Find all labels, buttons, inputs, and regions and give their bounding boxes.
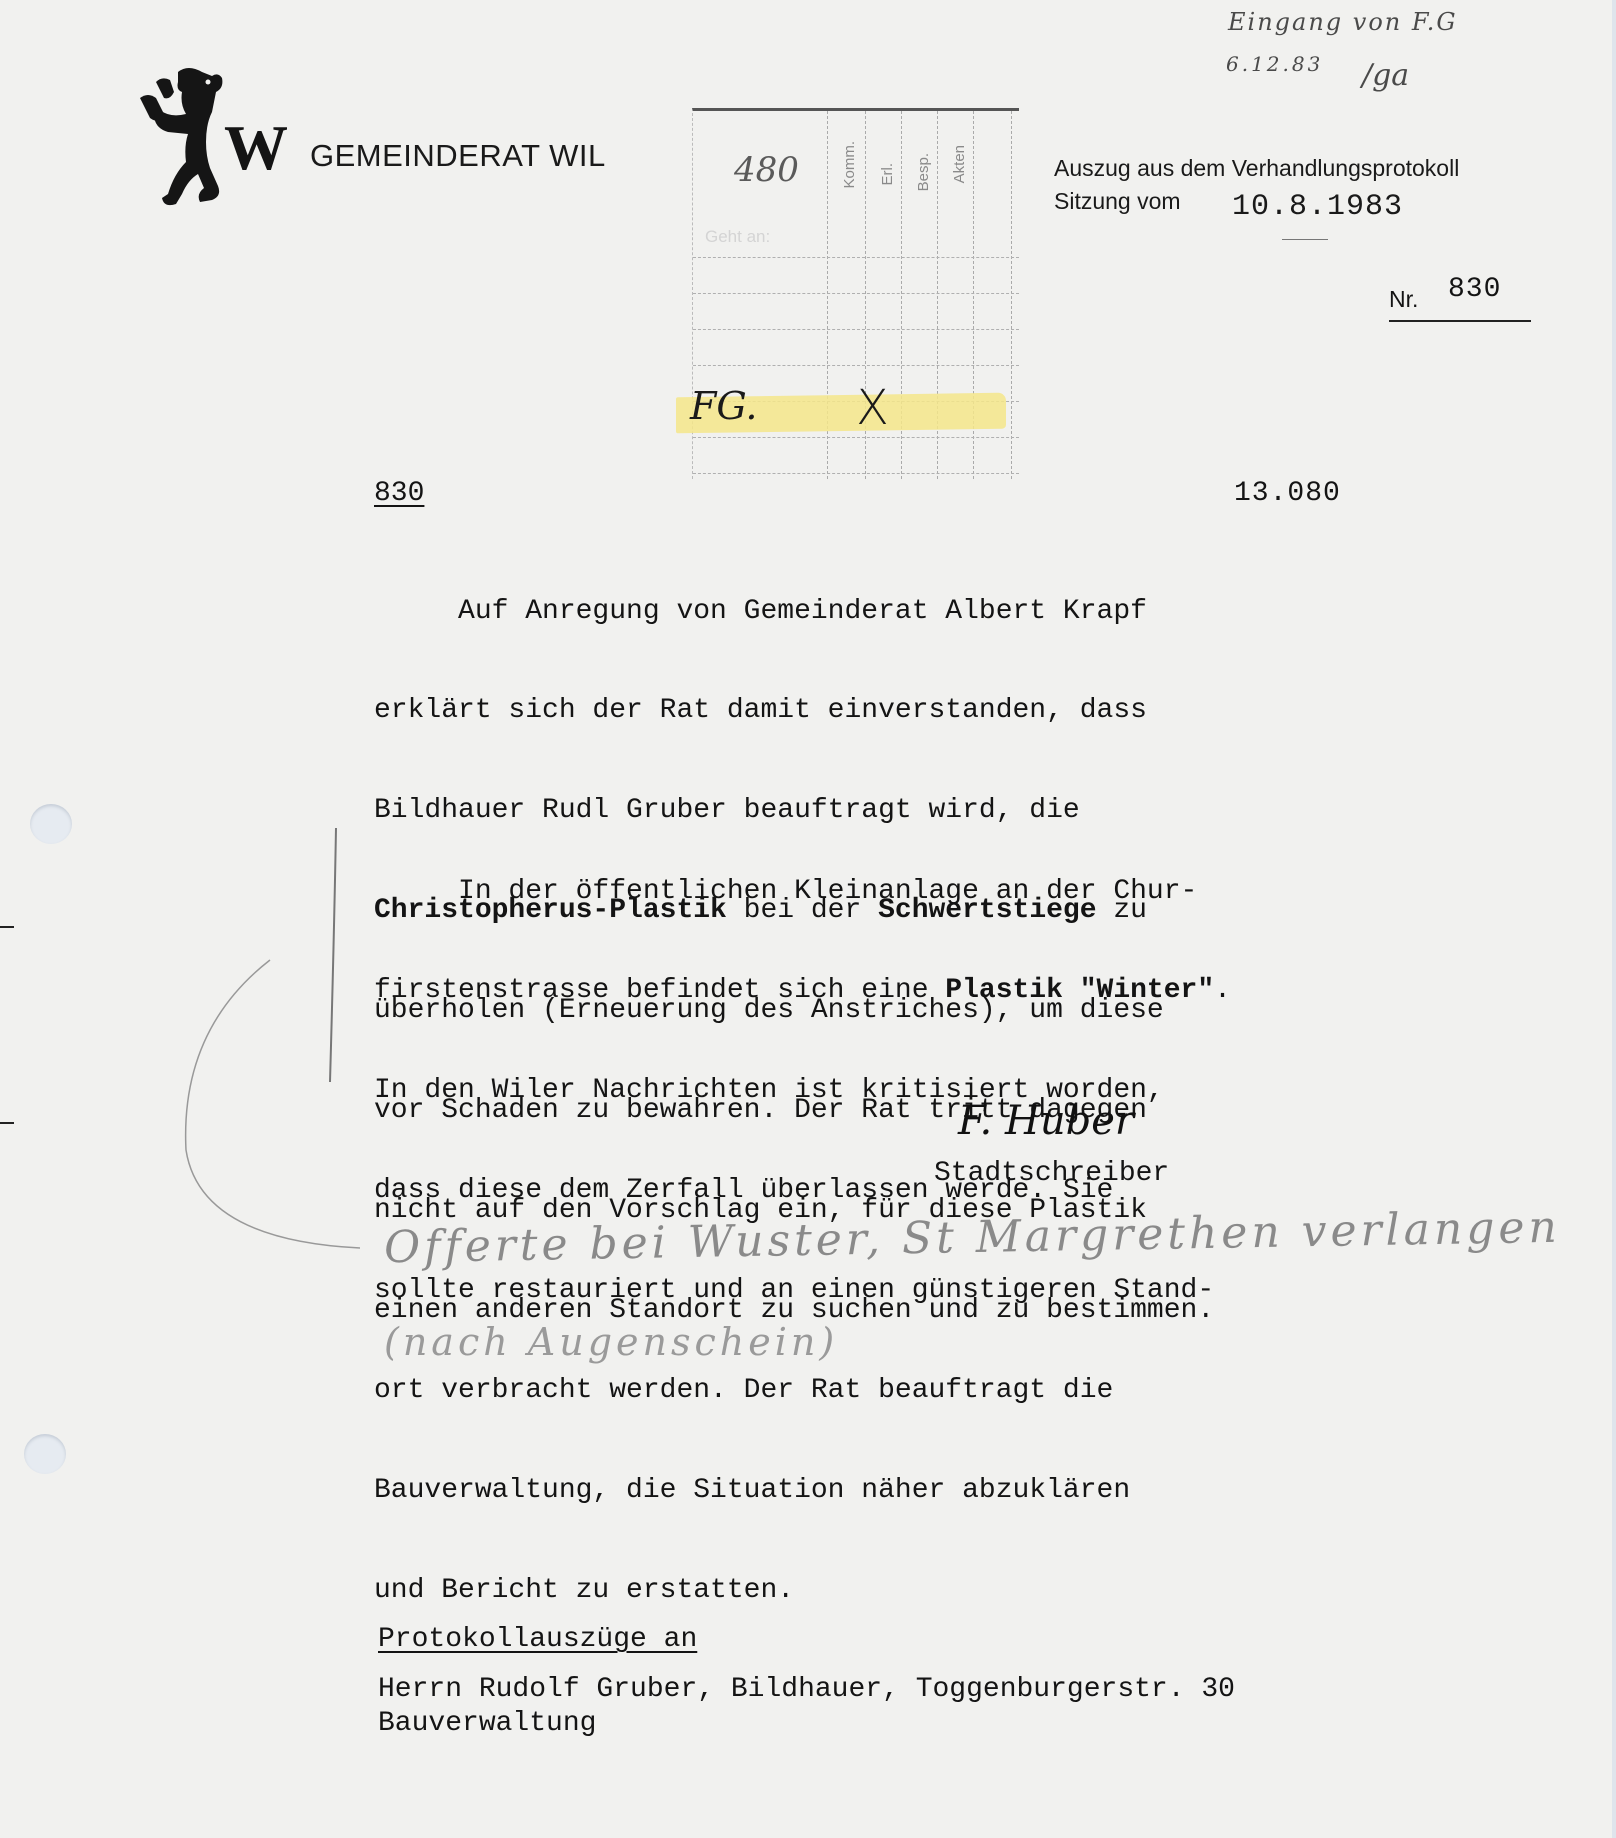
- receipt-initials: /ga: [1362, 58, 1409, 93]
- text-line: erklärt sich der Rat damit einverstanden…: [374, 694, 1414, 727]
- text-line: und Bericht zu erstatten.: [374, 1574, 1414, 1607]
- number-label: Nr.: [1389, 286, 1418, 313]
- distribution-recipient: Herrn Rudolf Gruber, Bildhauer, Toggenbu…: [378, 1674, 1235, 1705]
- stamp-number: 480: [734, 150, 799, 190]
- punch-hole: [30, 804, 72, 844]
- fold-mark: [0, 1122, 14, 1124]
- organization-name: GEMEINDERAT WIL: [310, 138, 606, 174]
- text-line: In den Wiler Nachrichten ist kritisiert …: [374, 1074, 1414, 1107]
- fold-mark: [0, 926, 14, 928]
- highlight-x-mark: X: [856, 380, 889, 436]
- pencil-bracket-mark: [170, 820, 370, 1260]
- pencil-annotation: (nach Augenschein): [384, 1320, 838, 1364]
- text-line: sollte restauriert und an einen günstige…: [374, 1274, 1414, 1307]
- divider: [1282, 239, 1328, 240]
- signature: F. Huber: [958, 1098, 1134, 1144]
- stamp-faded-label: Geht an:: [705, 227, 770, 247]
- file-number: 13.080: [1234, 478, 1341, 509]
- stamp-column-akten: Akten: [951, 145, 968, 183]
- stamp-column-erl: Erl.: [879, 163, 896, 186]
- text-line: Auf Anregung von Gemeinderat Albert Krap…: [374, 595, 1414, 628]
- stamp-column-besp: Besp.: [915, 153, 932, 191]
- receipt-note: Eingang von F.G: [1228, 8, 1458, 36]
- highlight-initials: FG.: [690, 384, 757, 428]
- paper-edge: [1612, 0, 1616, 1838]
- number-underline: [1389, 320, 1531, 322]
- stamp-column-komm: Komm.: [841, 141, 858, 189]
- distribution-title: Protokollauszüge an: [378, 1624, 697, 1655]
- text-line: firstenstrasse befindet sich eine Plasti…: [374, 974, 1414, 1007]
- text-line: ort verbracht werden. Der Rat beauftragt…: [374, 1374, 1414, 1407]
- signature-title: Stadtschreiber: [934, 1158, 1169, 1189]
- extract-label: Auszug aus dem Verhandlungsprotokoll: [1054, 152, 1459, 185]
- bear-logo-icon: W: [138, 64, 274, 216]
- text-line: In der öffentlichen Kleinanlage an der C…: [374, 875, 1414, 908]
- punch-hole: [24, 1434, 66, 1474]
- receipt-date: 6.12.83: [1226, 52, 1323, 76]
- distribution-recipient: Bauverwaltung: [378, 1708, 596, 1739]
- text-line: dass diese dem Zerfall überlassen werde.…: [374, 1174, 1414, 1207]
- logo-letter: W: [224, 116, 288, 180]
- text-line: Bauverwaltung, die Situation näher abzuk…: [374, 1474, 1414, 1507]
- reference-number: 830: [374, 478, 424, 509]
- protocol-number: 830: [1448, 274, 1501, 305]
- session-date: 10.8.1983: [1232, 190, 1403, 224]
- bold-term: Plastik "Winter": [945, 975, 1214, 1006]
